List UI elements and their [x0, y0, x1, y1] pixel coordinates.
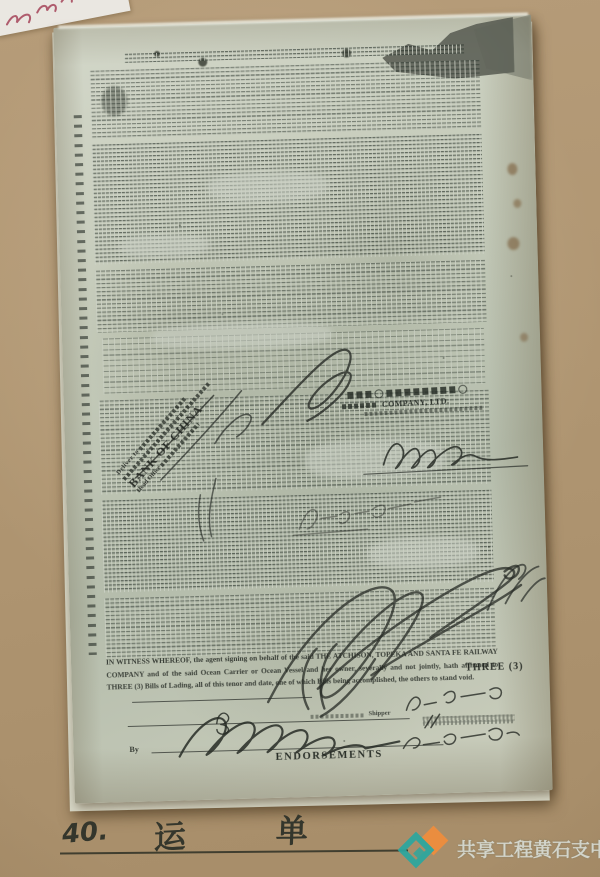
annotation-char-dan: 单 [275, 806, 309, 853]
watermark: 共享工程黄石支中心 [400, 826, 600, 870]
annotation-number: 40. [61, 816, 110, 850]
watermark-text: 共享工程黄石支中心 [457, 835, 600, 862]
photo-of-document: Deliver to BANK OF CHINA Head Office COM… [0, 0, 600, 877]
handwritten-signatures [53, 14, 552, 803]
bill-of-lading-page: Deliver to BANK OF CHINA Head Office COM… [53, 14, 552, 803]
watermark-diamond-logo-icon [400, 826, 452, 870]
annotation-underline [60, 849, 408, 854]
